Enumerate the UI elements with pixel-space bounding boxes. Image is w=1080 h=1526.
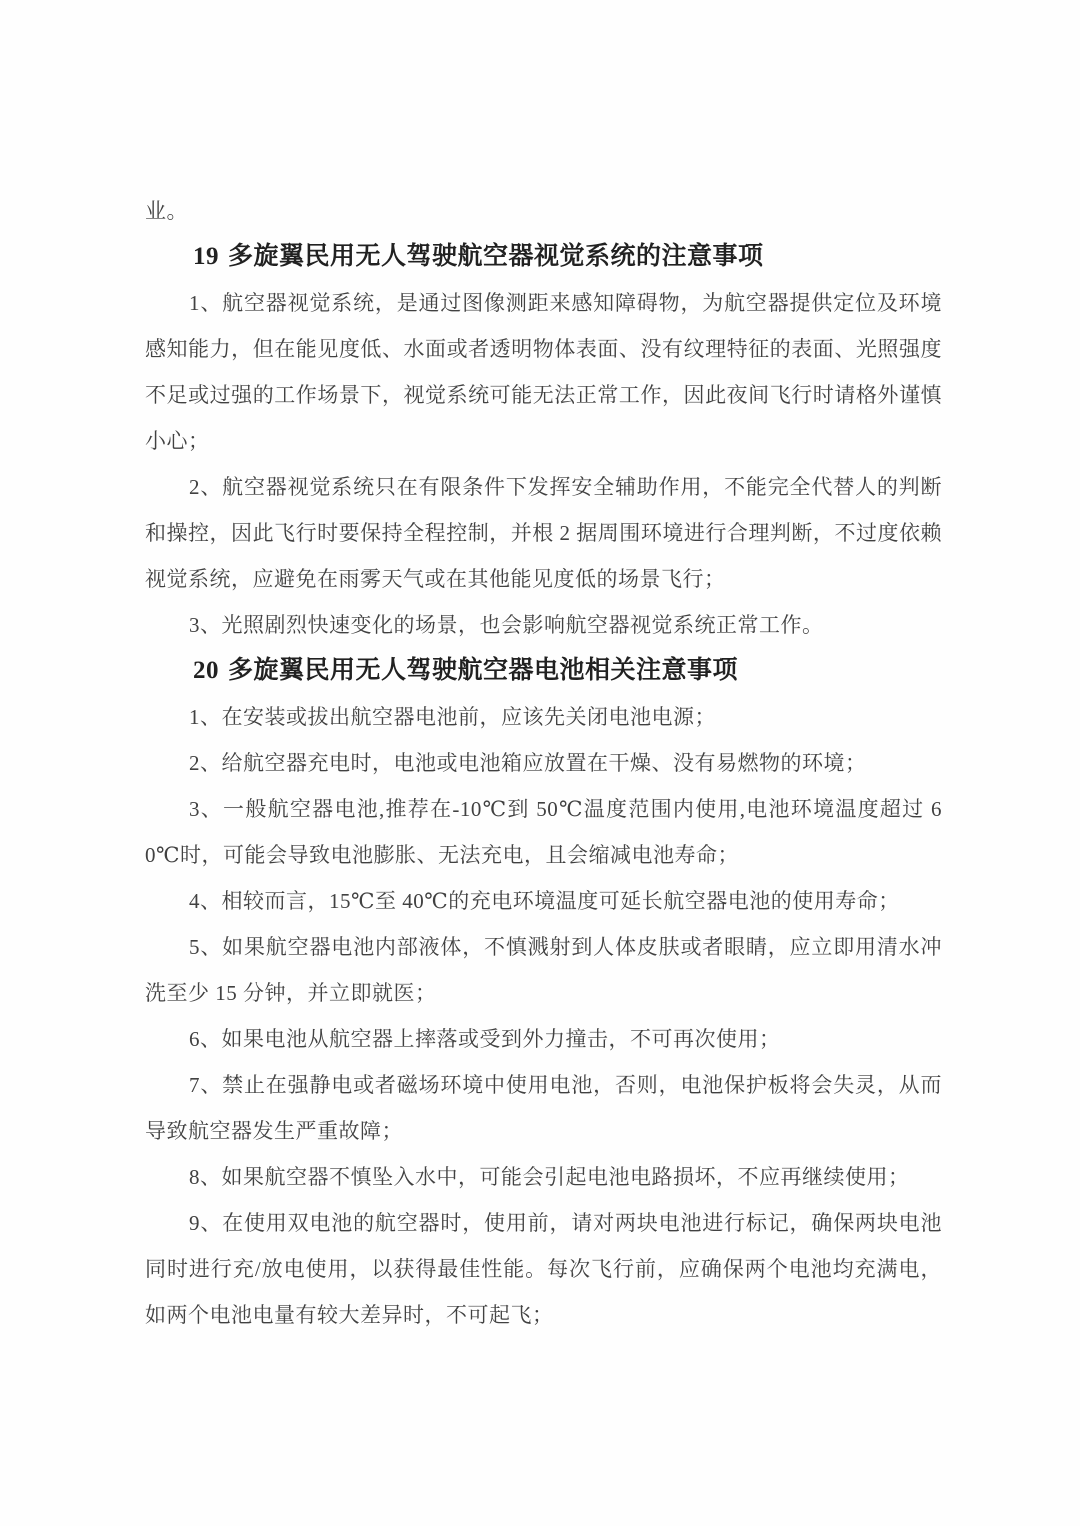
document-page: 业。 19多旋翼民用无人驾驶航空器视觉系统的注意事项 1、航空器视觉系统，是通过… [0, 0, 1080, 1526]
section-20-item-8: 8、如果航空器不慎坠入水中，可能会引起电池电路损坏，不应再继续使用； [145, 1154, 942, 1200]
section-20-item-3: 3、一般航空器电池,推荐在-10℃到 50℃温度范围内使用,电池环境温度超过 6… [145, 786, 942, 878]
section-20-item-2: 2、给航空器充电时，电池或电池箱应放置在干燥、没有易燃物的环境； [145, 740, 942, 786]
section-19-title: 多旋翼民用无人驾驶航空器视觉系统的注意事项 [228, 243, 764, 270]
section-20-item-9: 9、在使用双电池的航空器时，使用前，请对两块电池进行标记，确保两块电池同时进行充… [145, 1200, 942, 1338]
section-19-item-1: 1、航空器视觉系统，是通过图像测距来感知障碍物，为航空器提供定位及环境感知能力，… [145, 280, 942, 464]
section-20-item-5: 5、如果航空器电池内部液体，不慎溅射到人体皮肤或者眼睛，应立即用清水冲洗至少 1… [145, 924, 942, 1016]
section-20-number: 20 [193, 657, 219, 684]
document-content: 业。 19多旋翼民用无人驾驶航空器视觉系统的注意事项 1、航空器视觉系统，是通过… [145, 188, 942, 1338]
section-19-item-2: 2、航空器视觉系统只在有限条件下发挥安全辅助作用，不能完全代替人的判断和操控，因… [145, 464, 942, 602]
section-20-title: 多旋翼民用无人驾驶航空器电池相关注意事项 [228, 657, 738, 684]
section-19-item-3: 3、光照剧烈快速变化的场景，也会影响航空器视觉系统正常工作。 [145, 602, 942, 648]
section-20-item-6: 6、如果电池从航空器上摔落或受到外力撞击，不可再次使用； [145, 1016, 942, 1062]
intro-continuation-text: 业。 [145, 188, 942, 234]
section-20-item-4: 4、相较而言，15℃至 40℃的充电环境温度可延长航空器电池的使用寿命； [145, 878, 942, 924]
section-20-item-7: 7、禁止在强静电或者磁场环境中使用电池，否则，电池保护板将会失灵，从而导致航空器… [145, 1062, 942, 1154]
section-20-heading: 20多旋翼民用无人驾驶航空器电池相关注意事项 [145, 648, 942, 694]
section-19-heading: 19多旋翼民用无人驾驶航空器视觉系统的注意事项 [145, 234, 942, 280]
section-19-number: 19 [193, 243, 219, 270]
section-20-item-1: 1、在安装或拔出航空器电池前，应该先关闭电池电源； [145, 694, 942, 740]
